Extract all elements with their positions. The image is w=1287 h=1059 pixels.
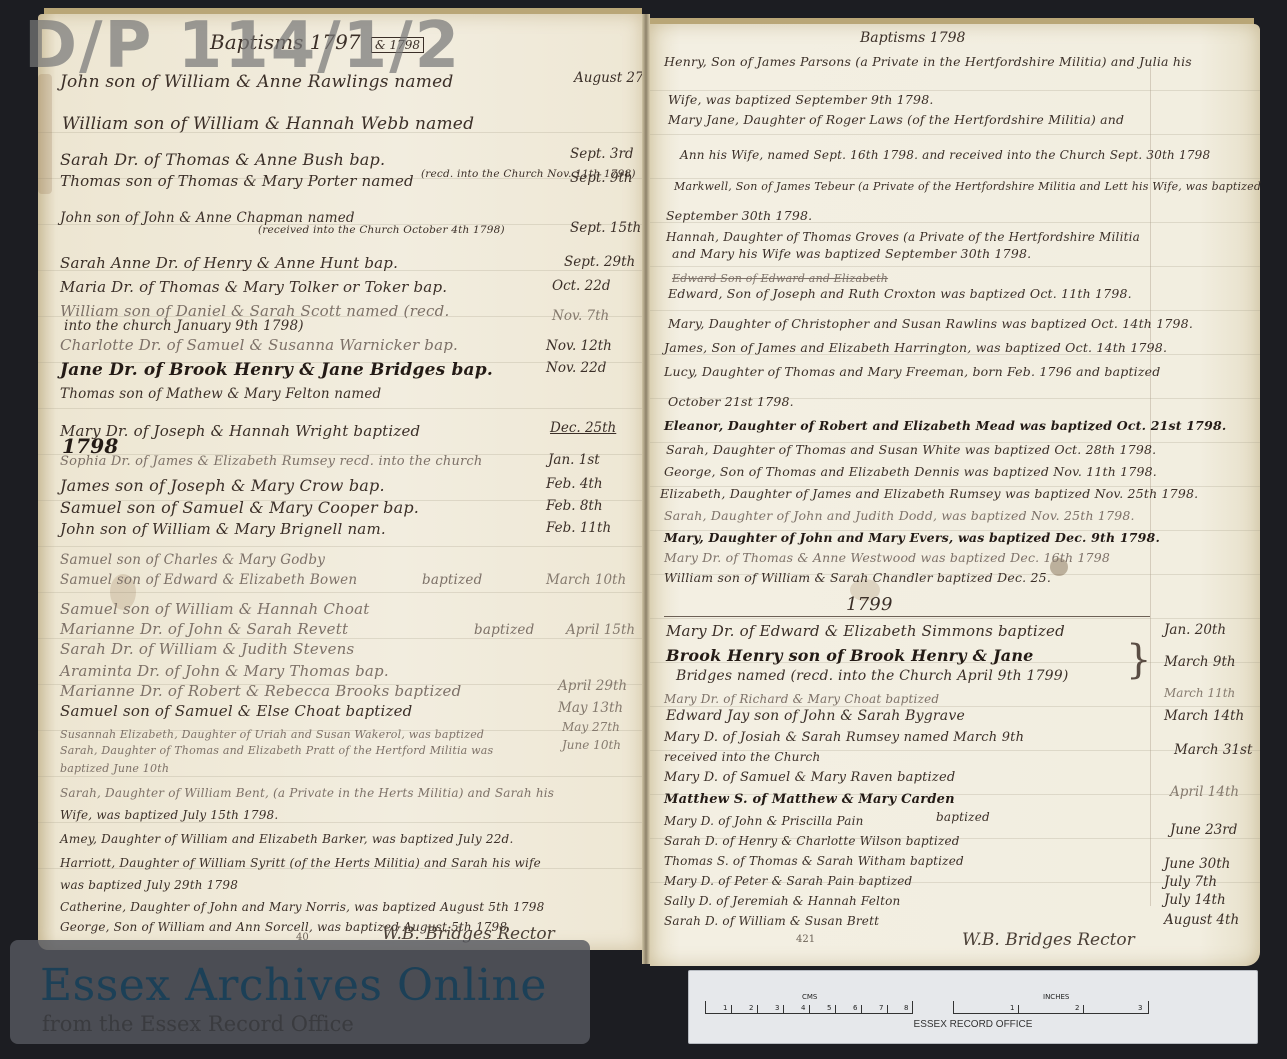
left-page: Baptisms 1797 & 1798 John son of William…: [38, 14, 642, 950]
entry: September 30th 1798.: [666, 208, 812, 223]
entry-date: June 30th: [1164, 856, 1230, 872]
entry: Ann his Wife, named Sept. 16th 1798. and…: [680, 148, 1210, 162]
entry: Amey, Daughter of William and Elizabeth …: [60, 832, 513, 846]
entry-note: (received into the Church October 4th 17…: [258, 224, 505, 236]
entry-date: March 10th: [546, 572, 626, 588]
entry: Samuel son of Samuel & Else Choat baptiz…: [60, 702, 412, 720]
entry: Samuel son of William & Hannah Choat: [60, 600, 370, 618]
cms-caption: CMS: [802, 993, 817, 1001]
entry-date: June 10th: [562, 738, 621, 752]
entry-date: Feb. 11th: [546, 520, 611, 536]
entry: Sarah D. of Henry & Charlotte Wilson bap…: [664, 834, 960, 848]
entry-date: May 13th: [558, 700, 623, 716]
entry: Edward, Son of Joseph and Ruth Croxton w…: [668, 286, 1132, 301]
entry-date: Jan. 1st: [548, 452, 600, 468]
entry: Bridges named (recd. into the Church Apr…: [676, 668, 1069, 684]
rector-signature: W.B. Bridges Rector: [962, 930, 1135, 950]
entry-date: July 14th: [1164, 892, 1226, 908]
entry: Mary D. of Samuel & Mary Raven baptized: [664, 770, 955, 785]
entry: Sophia Dr. of James & Elizabeth Rumsey r…: [60, 454, 482, 469]
entry: Charlotte Dr. of Samuel & Susanna Warnic…: [60, 336, 458, 354]
register-book-spread: Baptisms 1797 & 1798 John son of William…: [0, 0, 1287, 1059]
entry: Marianne Dr. of John & Sarah Revett: [60, 620, 348, 638]
entry: Mary D. of Peter & Sarah Pain baptized: [664, 874, 912, 888]
entry-date: June 23rd: [1170, 822, 1237, 838]
entry: Mary Jane, Daughter of Roger Laws (of th…: [668, 112, 1124, 127]
entry: Samuel son of Charles & Mary Godby: [60, 552, 325, 568]
entry: Thomas son of Thomas & Mary Porter named: [60, 172, 414, 190]
entry: John son of William & Mary Brignell nam.: [60, 520, 386, 538]
entry-date: July 7th: [1164, 874, 1217, 890]
entry: Mary, Daughter of Christopher and Susan …: [668, 316, 1193, 331]
cm-scale: 1 2 3 4 5 6 7 8: [705, 1001, 913, 1014]
entry-date: April 29th: [558, 678, 627, 694]
entry: received into the Church: [664, 750, 820, 764]
entry-date: April 15th: [566, 622, 635, 638]
entry: Eleanor, Daughter of Robert and Elizabet…: [664, 418, 1226, 433]
entry-date: Feb. 8th: [546, 498, 603, 514]
entry: Sarah, Daughter of William Bent, (a Priv…: [60, 786, 554, 800]
entry: Wife, was baptized September 9th 1798.: [668, 92, 934, 107]
document-reference-overlay: D/P 114/1/2: [24, 14, 461, 78]
entry: Sarah, Daughter of John and Judith Dodd,…: [664, 508, 1135, 523]
page-number: 421: [796, 934, 815, 945]
entry: Henry, Son of James Parsons (a Private i…: [664, 54, 1192, 69]
entry: Samuel son of Samuel & Mary Cooper bap.: [60, 498, 419, 517]
entry: Thomas son of Mathew & Mary Felton named: [60, 386, 381, 402]
entry: Mary D. of John & Priscilla Pain: [664, 814, 864, 828]
entry: Elizabeth, Daughter of James and Elizabe…: [660, 486, 1198, 501]
entry: Sarah Dr. of Thomas & Anne Bush bap.: [60, 150, 385, 169]
entry-date: Nov. 12th: [546, 338, 612, 354]
ruler-label: ESSEX RECORD OFFICE: [689, 1019, 1257, 1030]
entry: Wife, was baptized July 15th 1798.: [60, 808, 278, 822]
archive-watermark: Essex Archives Online from the Essex Rec…: [10, 940, 590, 1044]
entry: and Mary his Wife was baptized September…: [672, 246, 1031, 261]
entry-date: March 11th: [1164, 686, 1235, 700]
year-divider: 1799: [846, 594, 893, 615]
right-page: Baptisms 1798 Henry, Son of James Parson…: [650, 24, 1260, 966]
entry: James son of Joseph & Mary Crow bap.: [60, 476, 385, 495]
entry: William son of William & Hannah Webb nam…: [62, 114, 474, 134]
entry: October 21st 1798.: [668, 394, 794, 409]
group-note: baptized: [936, 810, 990, 824]
watermark-title: Essex Archives Online: [40, 960, 547, 1011]
entry: Jane Dr. of Brook Henry & Jane Bridges b…: [60, 360, 493, 380]
entry: Lucy, Daughter of Thomas and Mary Freema…: [664, 364, 1160, 379]
entry: Mary Dr. of Richard & Mary Choat baptize…: [664, 692, 939, 706]
entry: Brook Henry son of Brook Henry & Jane: [666, 646, 1034, 665]
entry: Mary, Daughter of John and Mary Evers, w…: [664, 530, 1160, 545]
entry-date: Dec. 25th: [550, 420, 616, 436]
book-gutter: [642, 14, 650, 964]
page-heading: Baptisms 1798: [860, 30, 965, 46]
scale-ruler: 1 2 3 4 5 6 7 8 CMS 1 2 3 INCHES ESSEX R…: [688, 970, 1258, 1044]
entry: baptized June 10th: [60, 762, 169, 775]
entry: Sarah D. of William & Susan Brett: [664, 914, 879, 928]
entry: Samuel son of Edward & Elizabeth Bowen: [60, 572, 357, 588]
entry: Mary D. of Josiah & Sarah Rumsey named M…: [664, 730, 1024, 745]
entry: Matthew S. of Matthew & Mary Carden: [664, 792, 955, 807]
entry-date: Sept. 9th: [570, 170, 633, 186]
inch-scale: 1 2 3: [953, 1001, 1149, 1014]
entry-date: Sept. 15th: [570, 220, 641, 236]
entry-date: Sept. 29th: [564, 254, 635, 270]
entry-date: Jan. 20th: [1164, 622, 1226, 638]
entry: Edward Jay son of John & Sarah Bygrave: [666, 708, 965, 724]
entry-date: May 27th: [562, 720, 620, 734]
entry-date: Nov. 7th: [552, 308, 609, 324]
entry: Marianne Dr. of Robert & Rebecca Brooks …: [60, 682, 461, 700]
entry: Markwell, Son of James Tebeur (a Private…: [674, 180, 1261, 193]
watermark-subtitle: from the Essex Record Office: [42, 1012, 354, 1036]
entry-date: Oct. 22d: [552, 278, 610, 294]
entry-date: March 14th: [1164, 708, 1244, 724]
entry-date: Nov. 22d: [546, 360, 606, 376]
year-divider-rule: [664, 616, 1150, 617]
entry: Harriott, Daughter of William Syritt (of…: [60, 856, 541, 870]
entry: Sarah Dr. of William & Judith Stevens: [60, 640, 354, 658]
brace: }: [1126, 640, 1151, 680]
entry-date: March 9th: [1164, 654, 1236, 670]
entry: Catherine, Daughter of John and Mary Nor…: [60, 900, 544, 914]
entry: Mary Dr. of Edward & Elizabeth Simmons b…: [666, 622, 1065, 640]
struck-entry: Edward Son of Edward and Elizabeth: [672, 272, 888, 285]
entry: Maria Dr. of Thomas & Mary Tolker or Tok…: [60, 278, 447, 296]
entry: Mary Dr. of Thomas & Anne Westwood was b…: [664, 550, 1110, 565]
entry: was baptized July 29th 1798: [60, 878, 238, 892]
entry-date: March 31st: [1174, 742, 1252, 758]
entry: Sarah, Daughter of Thomas and Susan Whit…: [666, 442, 1156, 457]
entry-date: August 4th: [1164, 912, 1239, 928]
entry: Thomas S. of Thomas & Sarah Witham bapti…: [664, 854, 964, 868]
entry: Hannah, Daughter of Thomas Groves (a Pri…: [666, 230, 1140, 244]
entry-date: Feb. 4th: [546, 476, 603, 492]
entry-date: April 14th: [1170, 784, 1239, 800]
entry: William son of William & Sarah Chandler …: [664, 570, 1051, 585]
entry-date: Sept. 3rd: [570, 146, 634, 162]
entry: Araminta Dr. of John & Mary Thomas bap.: [60, 662, 389, 680]
entry: George, Son of Thomas and Elizabeth Denn…: [664, 464, 1157, 479]
entry: Sally D. of Jeremiah & Hannah Felton: [664, 894, 900, 908]
group-note: baptized: [422, 572, 482, 588]
entry: Susannah Elizabeth, Daughter of Uriah an…: [60, 728, 484, 741]
entry: James, Son of James and Elizabeth Harrin…: [664, 340, 1167, 355]
inches-caption: INCHES: [1043, 993, 1069, 1001]
entry: Sarah, Daughter of Thomas and Elizabeth …: [60, 744, 493, 757]
entry: Sarah Anne Dr. of Henry & Anne Hunt bap.: [60, 254, 398, 272]
group-note: baptized: [474, 622, 534, 638]
entry: into the church January 9th 1798): [64, 318, 304, 334]
